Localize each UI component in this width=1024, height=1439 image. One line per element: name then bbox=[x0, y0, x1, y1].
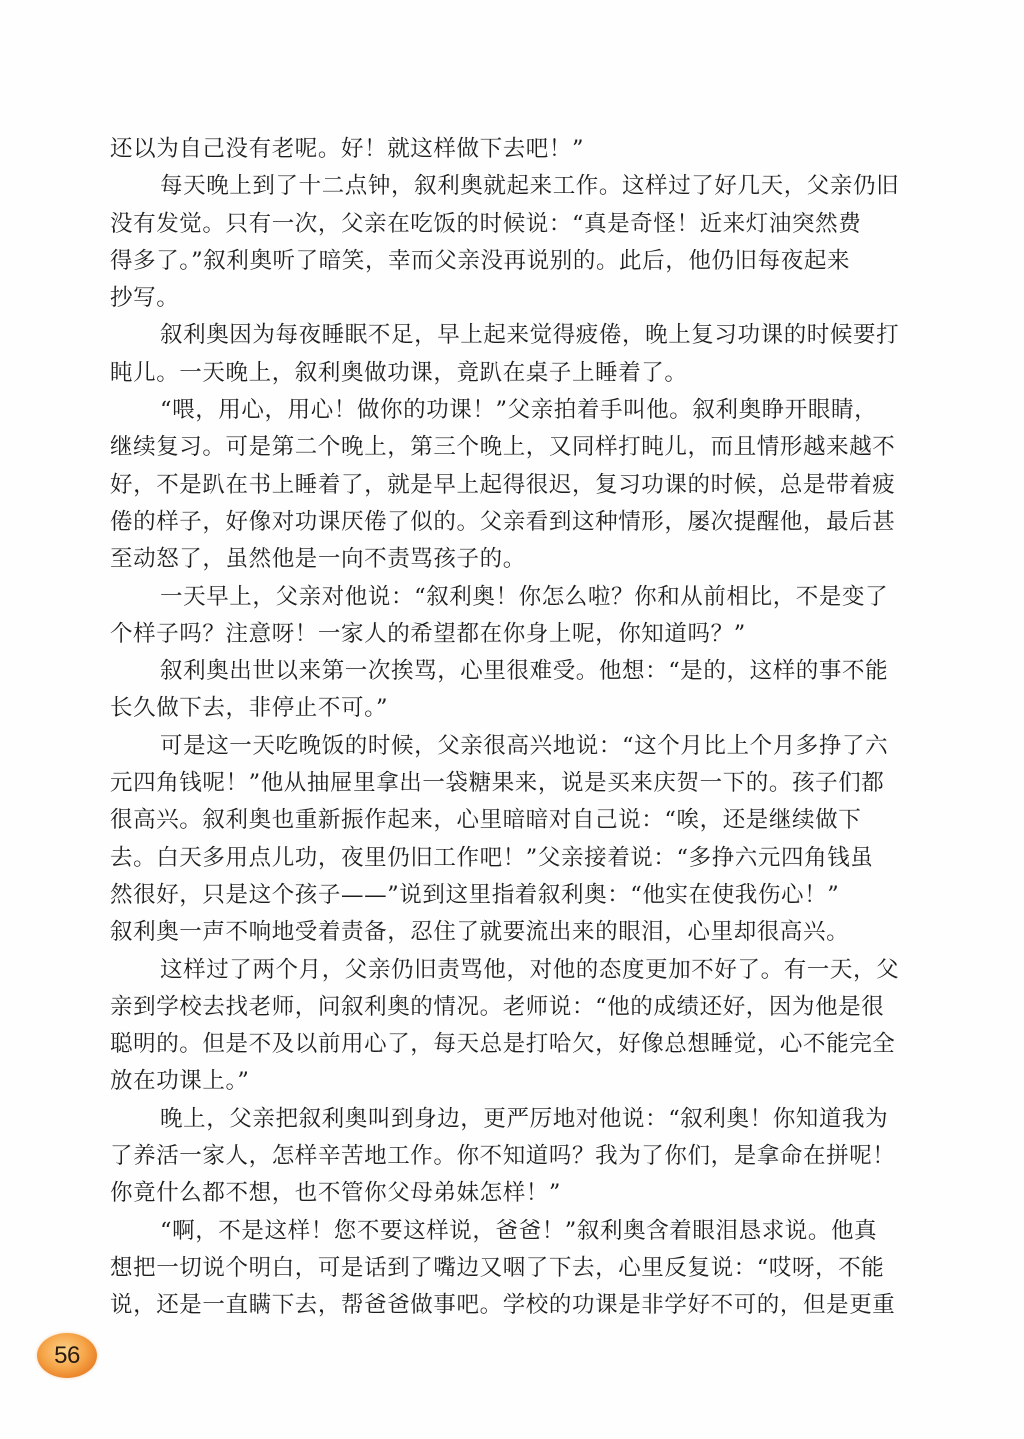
text-line: 很高兴。叙利奥也重新振作起来，心里暗暗对自己说：“唉，还是继续做下 bbox=[110, 802, 912, 839]
text-line: 个样子吗？注意呀！一家人的希望都在你身上呢，你知道吗？” bbox=[110, 616, 912, 653]
paragraph-first-line: 一天早上，父亲对他说：“叙利奥！你怎么啦？你和从前相比，不是变了 bbox=[110, 579, 912, 616]
paragraph-first-line: 晚上，父亲把叙利奥叫到身边，更严厉地对他说：“叙利奥！你知道我为 bbox=[110, 1101, 912, 1138]
paragraph-first-line: 每天晚上到了十二点钟，叙利奥就起来工作。这样过了好几天，父亲仍旧 bbox=[110, 168, 912, 205]
text-line: 想把一切说个明白，可是话到了嘴边又咽了下去，心里反复说：“哎呀，不能 bbox=[110, 1250, 912, 1287]
text-line: 继续复习。可是第二个晚上，第三个晚上，又同样打盹儿，而且情形越来越不 bbox=[110, 429, 912, 466]
page-number: 56 bbox=[54, 1342, 80, 1370]
body-text: 还以为自己没有老呢。好！就这样做下去吧！”每天晚上到了十二点钟，叙利奥就起来工作… bbox=[110, 131, 912, 1325]
book-page: 还以为自己没有老呢。好！就这样做下去吧！”每天晚上到了十二点钟，叙利奥就起来工作… bbox=[0, 0, 1024, 1439]
text-line: 没有发觉。只有一次，父亲在吃饭的时候说：“真是奇怪！近来灯油突然费 bbox=[110, 206, 912, 243]
paragraph-first-line: 叙利奥因为每夜睡眠不足，早上起来觉得疲倦，晚上复习功课的时候要打 bbox=[110, 317, 912, 354]
text-line: 放在功课上。” bbox=[110, 1063, 912, 1100]
paragraph-first-line: “喂，用心，用心！做你的功课！”父亲拍着手叫他。叙利奥睁开眼睛， bbox=[110, 392, 912, 429]
text-line: 说，还是一直瞒下去，帮爸爸做事吧。学校的功课是非学好不可的，但是更重 bbox=[110, 1287, 912, 1324]
text-line: 亲到学校去找老师，问叙利奥的情况。老师说：“他的成绩还好，因为他是很 bbox=[110, 989, 912, 1026]
text-line: 聪明的。但是不及以前用心了，每天总是打哈欠，好像总想睡觉，心不能完全 bbox=[110, 1026, 912, 1063]
text-line: 至动怒了，虽然他是一向不责骂孩子的。 bbox=[110, 541, 912, 578]
paragraph-first-line: 这样过了两个月，父亲仍旧责骂他，对他的态度更加不好了。有一天，父 bbox=[110, 952, 912, 989]
paragraph-first-line: “啊，不是这样！您不要这样说，爸爸！”叙利奥含着眼泪恳求说。他真 bbox=[110, 1213, 912, 1250]
text-line: 你竟什么都不想，也不管你父母弟妹怎样！” bbox=[110, 1175, 912, 1212]
text-line: 倦的样子，好像对功课厌倦了似的。父亲看到这种情形，屡次提醒他，最后甚 bbox=[110, 504, 912, 541]
text-line: 得多了。”叙利奥听了暗笑，幸而父亲没再说别的。此后，他仍旧每夜起来 bbox=[110, 243, 912, 280]
text-line: 然很好，只是这个孩子——”说到这里指着叙利奥：“他实在使我伤心！” bbox=[110, 877, 912, 914]
text-line: 叙利奥一声不响地受着责备，忍住了就要流出来的眼泪，心里却很高兴。 bbox=[110, 914, 912, 951]
text-line: 元四角钱呢！”他从抽屉里拿出一袋糖果来，说是买来庆贺一下的。孩子们都 bbox=[110, 765, 912, 802]
text-line: 了养活一家人，怎样辛苦地工作。你不知道吗？我为了你们，是拿命在拼呢！ bbox=[110, 1138, 912, 1175]
page-number-badge: 56 bbox=[37, 1333, 97, 1378]
paragraph-first-line: 可是这一天吃晚饭的时候，父亲很高兴地说：“这个月比上个月多挣了六 bbox=[110, 728, 912, 765]
paragraph-first-line: 叙利奥出世以来第一次挨骂，心里很难受。他想：“是的，这样的事不能 bbox=[110, 653, 912, 690]
text-line: 长久做下去，非停止不可。” bbox=[110, 690, 912, 727]
text-line: 还以为自己没有老呢。好！就这样做下去吧！” bbox=[110, 131, 912, 168]
text-line: 好，不是趴在书上睡着了，就是早上起得很迟，复习功课的时候，总是带着疲 bbox=[110, 467, 912, 504]
text-line: 盹儿。一天晚上，叙利奥做功课，竟趴在桌子上睡着了。 bbox=[110, 355, 912, 392]
text-line: 去。白天多用点儿功，夜里仍旧工作吧！”父亲接着说：“多挣六元四角钱虽 bbox=[110, 840, 912, 877]
text-line: 抄写。 bbox=[110, 280, 912, 317]
